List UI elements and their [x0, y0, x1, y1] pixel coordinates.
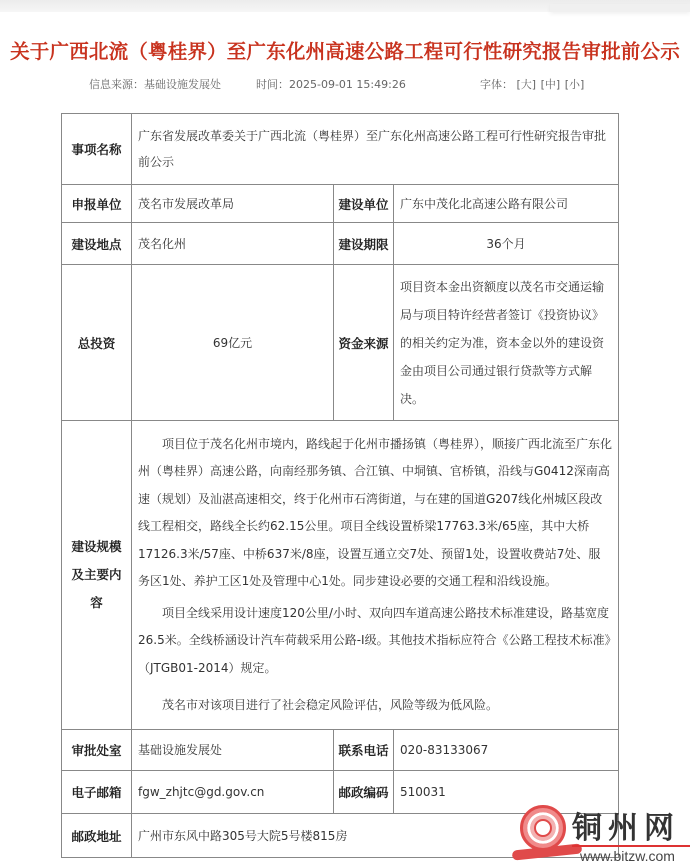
scope-content: 项目位于茂名化州市境内，路线起于化州市播扬镇（粤桂界），顺接广西北流至广东化州（… — [132, 421, 619, 730]
investment-label: 总投资 — [62, 265, 132, 421]
project-info-table: 事项名称 广东省发展改革委关于广西北流（粤桂界）至广东化州高速公路工程可行性研究… — [61, 113, 619, 858]
email-value: fgw_zhjtc@gd.gov.cn — [132, 771, 334, 814]
applicant-label: 申报单位 — [62, 185, 132, 223]
applicant-value: 茂名市发展改革局 — [132, 185, 334, 223]
address-label: 邮政地址 — [62, 814, 132, 858]
location-value: 茂名化州 — [132, 223, 334, 265]
publish-time: 时间：2025-09-01 15:49:26 — [256, 76, 406, 92]
table-row: 建设规模及主要内容 项目位于茂名化州市境内，路线起于化州市播扬镇（粤桂界），顺接… — [62, 421, 619, 730]
table-row: 事项名称 广东省发展改革委关于广西北流（粤桂界）至广东化州高速公路工程可行性研究… — [62, 114, 619, 185]
table-row: 申报单位 茂名市发展改革局 建设单位 广东中茂化北高速公路有限公司 — [62, 185, 619, 223]
scope-paragraph: 茂名市对该项目进行了社会稳定风险评估，风险等级为低风险。 — [138, 692, 612, 720]
approval-office-value: 基础设施发展处 — [132, 730, 334, 771]
scope-paragraph: 项目全线采用设计速度120公里/小时、双向四车道高速公路技术标准建设，路基宽度2… — [138, 600, 612, 683]
builder-label: 建设单位 — [334, 185, 394, 223]
watermark-divider — [572, 845, 690, 847]
table-row: 审批处室 基础设施发展处 联系电话 020-83133067 — [62, 730, 619, 771]
postcode-label: 邮政编码 — [334, 771, 394, 814]
font-size-label: 字体： — [480, 78, 513, 91]
approval-office-label: 审批处室 — [62, 730, 132, 771]
page-title: 关于广西北流（粤桂界）至广东化州高速公路工程可行性研究报告审批前公示 — [0, 36, 690, 64]
font-size-medium-link[interactable]: [中] — [541, 78, 561, 91]
top-bar-right-panel — [550, 4, 690, 12]
article-meta: 信息来源：基础设施发展处 时间：2025-09-01 15:49:26 字体： … — [0, 76, 690, 94]
builder-value: 广东中茂化北高速公路有限公司 — [394, 185, 619, 223]
item-name-value: 广东省发展改革委关于广西北流（粤桂界）至广东化州高速公路工程可行性研究报告审批前… — [132, 114, 619, 185]
location-label: 建设地点 — [62, 223, 132, 265]
funding-value: 项目资本金出资额度以茂名市交通运输局与项目特许经营者签订《投资协议》的相关约定为… — [394, 265, 619, 421]
table-row: 总投资 69亿元 资金来源 项目资本金出资额度以茂名市交通运输局与项目特许经营者… — [62, 265, 619, 421]
investment-value: 69亿元 — [132, 265, 334, 421]
period-value: 36个月 — [394, 223, 619, 265]
watermark-url: www.bitzw.com — [580, 848, 675, 864]
phone-value: 020-83133067 — [394, 730, 619, 771]
watermark-seal-icon — [520, 805, 566, 851]
site-watermark: 铜州网 www.bitzw.com — [520, 803, 690, 868]
table-row: 建设地点 茂名化州 建设期限 36个月 — [62, 223, 619, 265]
font-size-small-link[interactable]: [小] — [565, 78, 585, 91]
scope-paragraph: 项目位于茂名化州市境内，路线起于化州市播扬镇（粤桂界），顺接广西北流至广东化州（… — [138, 431, 612, 596]
phone-label: 联系电话 — [334, 730, 394, 771]
period-label: 建设期限 — [334, 223, 394, 265]
font-size-switcher: 字体： [大] [中] [小] — [480, 76, 585, 92]
email-label: 电子邮箱 — [62, 771, 132, 814]
browser-top-bar — [0, 0, 690, 12]
watermark-site-name: 铜州网 — [572, 803, 680, 847]
item-name-label: 事项名称 — [62, 114, 132, 185]
info-source: 信息来源：基础设施发展处 — [89, 76, 221, 92]
scope-label: 建设规模及主要内容 — [62, 421, 132, 730]
font-size-large-link[interactable]: [大] — [517, 78, 537, 91]
funding-label: 资金来源 — [334, 265, 394, 421]
